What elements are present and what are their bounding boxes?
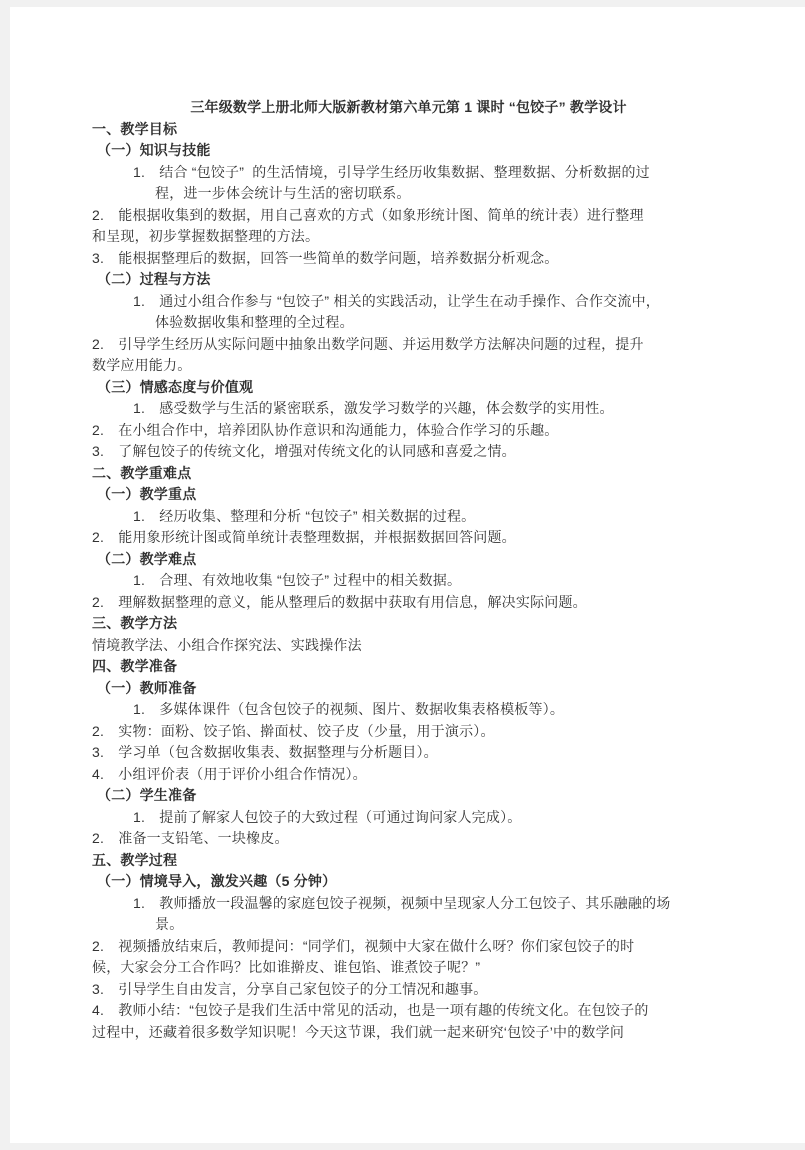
subsection-heading: （二）学生准备 xyxy=(92,785,725,807)
doc-title: 三年级数学上册北师大版新教材第六单元第 1 课时 “包饺子” 教学设计 xyxy=(92,97,725,119)
list-item-continuation: 景。 xyxy=(92,914,725,936)
paragraph-line: 3. 了解包饺子的传统文化，增强对传统文化的认同感和喜爱之情。 xyxy=(92,441,725,463)
paragraph-line: 情境教学法、小组合作探究法、实践操作法 xyxy=(92,635,725,657)
paragraph-line: 3. 能根据整理后的数据，回答一些简单的数学问题，培养数据分析观念。 xyxy=(92,248,725,270)
list-item-line: 1. 教师播放一段温馨的家庭包饺子视频，视频中呈现家人分工包饺子、其乐融融的场 xyxy=(92,893,725,915)
document-viewer-background: 三年级数学上册北师大版新教材第六单元第 1 课时 “包饺子” 教学设计一、教学目… xyxy=(0,0,805,1150)
paragraph-line: 4. 小组评价表（用于评价小组合作情况）。 xyxy=(92,764,725,786)
list-item-line: 1. 多媒体课件（包含包饺子的视频、图片、数据收集表格模板等）。 xyxy=(92,699,725,721)
paragraph-line: 2. 视频播放结束后，教师提问：“同学们，视频中大家在做什么呀？你们家包饺子的时 xyxy=(92,936,725,958)
paragraph-line: 3. 学习单（包含数据收集表、数据整理与分析题目）。 xyxy=(92,742,725,764)
paragraph-line: 2. 在小组合作中，培养团队协作意识和沟通能力，体验合作学习的乐趣。 xyxy=(92,420,725,442)
paragraph-line: 2. 能用象形统计图或简单统计表整理数据，并根据数据回答问题。 xyxy=(92,527,725,549)
subsection-heading: （一）知识与技能 xyxy=(92,140,725,162)
subsection-heading: （一）情境导入，激发兴趣（5 分钟） xyxy=(92,871,725,893)
section-heading: 二、教学重难点 xyxy=(92,463,725,485)
list-item-line: 1. 经历收集、整理和分析 “包饺子” 相关数据的过程。 xyxy=(92,506,725,528)
subsection-heading: （二）教学难点 xyxy=(92,549,725,571)
paragraph-line: 2. 实物：面粉、饺子馅、擀面杖、饺子皮（少量，用于演示）。 xyxy=(92,721,725,743)
document-content: 三年级数学上册北师大版新教材第六单元第 1 课时 “包饺子” 教学设计一、教学目… xyxy=(92,97,725,1043)
section-heading: 一、教学目标 xyxy=(92,119,725,141)
paragraph-line: 和呈现，初步掌握数据整理的方法。 xyxy=(92,226,725,248)
list-item-line: 1. 通过小组合作参与 “包饺子” 相关的实践活动，让学生在动手操作、合作交流中… xyxy=(92,291,725,313)
list-item-line: 1. 合理、有效地收集 “包饺子” 过程中的相关数据。 xyxy=(92,570,725,592)
paragraph-line: 2. 准备一支铅笔、一块橡皮。 xyxy=(92,828,725,850)
paragraph-line: 4. 教师小结：“包饺子是我们生活中常见的活动，也是一项有趣的传统文化。在包饺子… xyxy=(92,1000,725,1022)
list-item-continuation: 程，进一步体会统计与生活的密切联系。 xyxy=(92,183,725,205)
paragraph-line: 2. 能根据收集到的数据，用自己喜欢的方式（如象形统计图、简单的统计表）进行整理 xyxy=(92,205,725,227)
section-heading: 三、教学方法 xyxy=(92,613,725,635)
section-heading: 五、教学过程 xyxy=(92,850,725,872)
subsection-heading: （三）情感态度与价值观 xyxy=(92,377,725,399)
paragraph-line: 候，大家会分工合作吗？比如谁擀皮、谁包馅、谁煮饺子呢？” xyxy=(92,957,725,979)
paragraph-line: 过程中，还藏着很多数学知识呢！今天这节课，我们就一起来研究‘包饺子’中的数学问 xyxy=(92,1022,725,1044)
list-item-line: 1. 结合 “包饺子” 的生活情境，引导学生经历收集数据、整理数据、分析数据的过 xyxy=(92,162,725,184)
document-page: 三年级数学上册北师大版新教材第六单元第 1 课时 “包饺子” 教学设计一、教学目… xyxy=(10,7,805,1143)
paragraph-line: 3. 引导学生自由发言，分享自己家包饺子的分工情况和趣事。 xyxy=(92,979,725,1001)
section-heading: 四、教学准备 xyxy=(92,656,725,678)
list-item-line: 1. 感受数学与生活的紧密联系，激发学习数学的兴趣，体会数学的实用性。 xyxy=(92,398,725,420)
paragraph-line: 数学应用能力。 xyxy=(92,355,725,377)
paragraph-line: 2. 理解数据整理的意义，能从整理后的数据中获取有用信息，解决实际问题。 xyxy=(92,592,725,614)
subsection-heading: （一）教师准备 xyxy=(92,678,725,700)
list-item-line: 1. 提前了解家人包饺子的大致过程（可通过询问家人完成）。 xyxy=(92,807,725,829)
subsection-heading: （一）教学重点 xyxy=(92,484,725,506)
subsection-heading: （二）过程与方法 xyxy=(92,269,725,291)
list-item-continuation: 体验数据收集和整理的全过程。 xyxy=(92,312,725,334)
paragraph-line: 2. 引导学生经历从实际问题中抽象出数学问题、并运用数学方法解决问题的过程，提升 xyxy=(92,334,725,356)
